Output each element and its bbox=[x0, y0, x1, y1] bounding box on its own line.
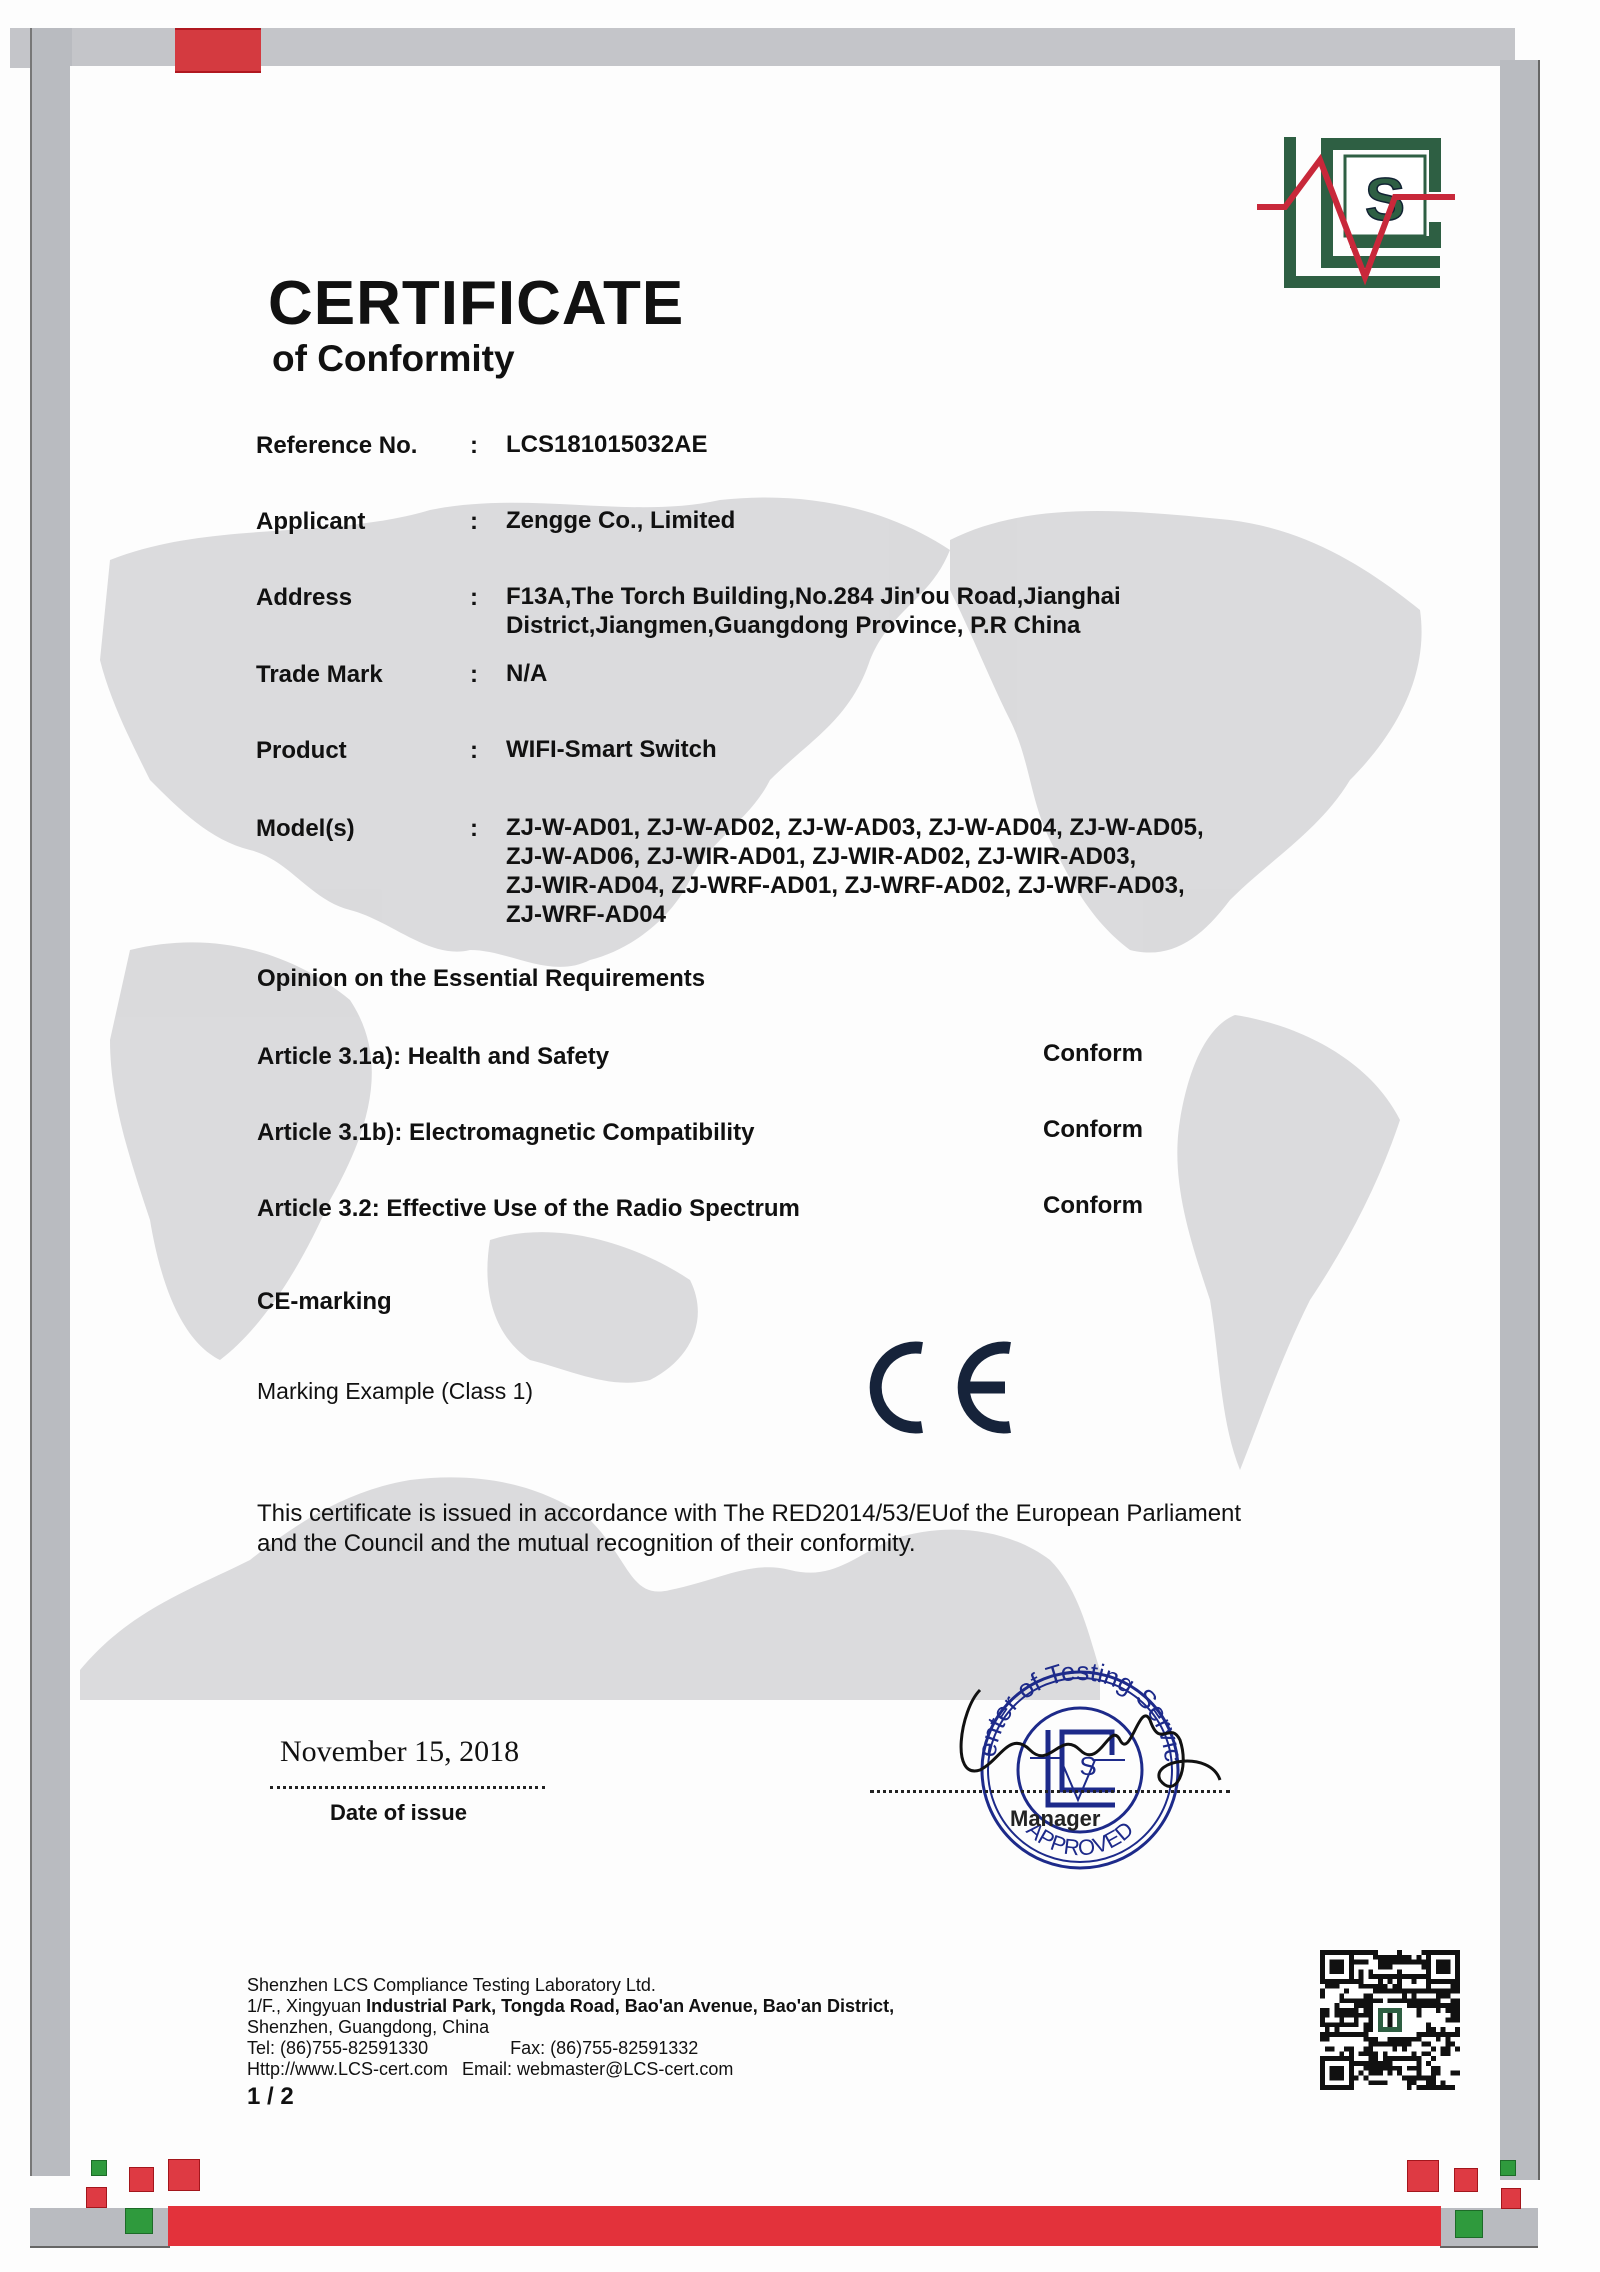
models-line: ZJ-W-AD01, ZJ-W-AD02, ZJ-W-AD03, ZJ-W-AD… bbox=[506, 813, 1266, 842]
lab-web-row: Http://www.LCS-cert.comEmail: webmaster@… bbox=[247, 2059, 894, 2080]
field-colon: : bbox=[470, 584, 478, 612]
article-label: Article 3.1a): Health and Safety bbox=[257, 1043, 609, 1071]
article-status: Conform bbox=[1043, 1116, 1143, 1144]
applicant-name: Zengge Co., Limited bbox=[506, 506, 1266, 535]
field-label: Reference No. bbox=[256, 432, 417, 460]
address-line: F13A,The Torch Building,No.284 Jin'ou Ro… bbox=[506, 582, 1266, 611]
conformity-statement: This certificate is issued in accordance… bbox=[257, 1499, 1357, 1559]
lab-contact-info: Shenzhen LCS Compliance Testing Laborato… bbox=[247, 1975, 894, 2080]
manager-label: Manager bbox=[1010, 1806, 1100, 1832]
field-label: Address bbox=[256, 584, 352, 612]
address-bold: Industrial Park, Tongda Road, Bao'an Ave… bbox=[366, 1996, 894, 2016]
article-label: Article 3.2: Effective Use of the Radio … bbox=[257, 1195, 800, 1223]
address-prefix: 1/F., Xingyuan bbox=[247, 1996, 366, 2016]
lab-phone-row: Tel: (86)755-82591330Fax: (86)755-825913… bbox=[247, 2038, 894, 2059]
certificate-title: CERTIFICATE bbox=[268, 268, 684, 339]
frame-red-accent-bottom bbox=[168, 2206, 1441, 2246]
field-colon: : bbox=[470, 432, 478, 460]
frame-red-accent-top bbox=[175, 28, 261, 73]
ce-marking-heading: CE-marking bbox=[257, 1288, 392, 1316]
field-colon: : bbox=[470, 815, 478, 843]
trade-mark-value: N/A bbox=[506, 659, 1266, 688]
qr-code[interactable] bbox=[1320, 1950, 1460, 2090]
field-label: Trade Mark bbox=[256, 661, 383, 689]
statement-line: This certificate is issued in accordance… bbox=[257, 1499, 1357, 1529]
product-value: WIFI-Smart Switch bbox=[506, 735, 1266, 764]
lab-address-line-1: 1/F., Xingyuan Industrial Park, Tongda R… bbox=[247, 1996, 894, 2017]
marking-example-label: Marking Example (Class 1) bbox=[257, 1378, 533, 1405]
address-line: District,Jiangmen,Guangdong Province, P.… bbox=[506, 611, 1266, 640]
models-line: ZJ-WRF-AD04 bbox=[506, 900, 1266, 929]
field-colon: : bbox=[470, 508, 478, 536]
article-status: Conform bbox=[1043, 1040, 1143, 1068]
field-label: Model(s) bbox=[256, 815, 355, 843]
date-of-issue-label: Date of issue bbox=[330, 1800, 467, 1826]
models-value: ZJ-W-AD01, ZJ-W-AD02, ZJ-W-AD03, ZJ-W-AD… bbox=[506, 813, 1266, 929]
address-value: F13A,The Torch Building,No.284 Jin'ou Ro… bbox=[506, 582, 1266, 640]
page-number: 1 / 2 bbox=[247, 2083, 294, 2111]
frame-left-border bbox=[30, 28, 72, 2176]
approval-stamp: Center of Testing Service APPROVED S bbox=[920, 1630, 1240, 1870]
date-dotted-line bbox=[270, 1786, 545, 1789]
reference-number: LCS181015032AE bbox=[506, 430, 1266, 459]
issue-date: November 15, 2018 bbox=[280, 1735, 519, 1769]
field-colon: : bbox=[470, 661, 478, 689]
lab-company-name: Shenzhen LCS Compliance Testing Laborato… bbox=[247, 1975, 894, 1996]
opinion-heading: Opinion on the Essential Requirements bbox=[257, 965, 705, 993]
models-line: ZJ-WIR-AD04, ZJ-WRF-AD01, ZJ-WRF-AD02, Z… bbox=[506, 871, 1266, 900]
field-colon: : bbox=[470, 737, 478, 765]
lab-fax: Fax: (86)755-82591332 bbox=[510, 2038, 698, 2058]
statement-line: and the Council and the mutual recogniti… bbox=[257, 1529, 1357, 1559]
lcs-logo: S bbox=[1255, 132, 1455, 292]
article-label: Article 3.1b): Electromagnetic Compatibi… bbox=[257, 1119, 754, 1147]
signature-dotted-line bbox=[870, 1790, 1230, 1793]
lab-address-line-2: Shenzhen, Guangdong, China bbox=[247, 2017, 894, 2038]
models-line: ZJ-W-AD06, ZJ-WIR-AD01, ZJ-WIR-AD02, ZJ-… bbox=[506, 842, 1266, 871]
lab-website-link[interactable]: Http://www.LCS-cert.com bbox=[247, 2059, 448, 2079]
field-label: Product bbox=[256, 737, 347, 765]
article-status: Conform bbox=[1043, 1192, 1143, 1220]
lab-email-link[interactable]: Email: webmaster@LCS-cert.com bbox=[462, 2059, 733, 2079]
certificate-subtitle: of Conformity bbox=[272, 338, 515, 380]
field-label: Applicant bbox=[256, 508, 365, 536]
lab-tel: Tel: (86)755-82591330 bbox=[247, 2038, 428, 2058]
ce-mark-icon bbox=[860, 1340, 1020, 1435]
frame-right-border bbox=[1500, 60, 1540, 2180]
